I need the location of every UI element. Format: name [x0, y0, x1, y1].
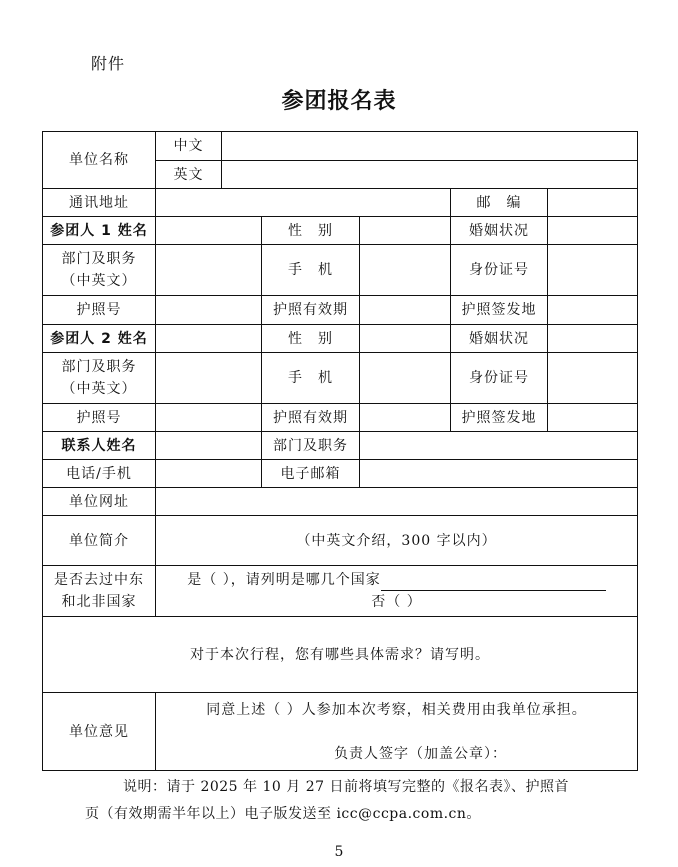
- org-name-label: 单位名称: [43, 132, 156, 189]
- intro-field[interactable]: （中英文介绍，300 字以内）: [156, 516, 638, 566]
- instructions-note: 说明：请于 2025 年 10 月 27 日前将填写完整的《报名表》、护照首 页…: [85, 774, 605, 828]
- participant2-passport-issue-label: 护照签发地: [451, 404, 548, 432]
- org-name-cn-field[interactable]: [222, 132, 638, 161]
- attachment-label: 附件: [91, 51, 125, 74]
- org-name-en-label: 英文: [156, 161, 222, 189]
- participant2-dept-label: 部门及职务（中英文）: [43, 353, 156, 404]
- opinion-field[interactable]: 同意上述（ ）人参加本次考察，相关费用由我单位承担。 负责人签字（加盖公章）：: [156, 693, 638, 771]
- mideast-yes-option[interactable]: 是（ ），请列明是哪几个国家: [187, 572, 380, 588]
- website-label: 单位网址: [43, 488, 156, 516]
- contact-dept-label: 部门及职务: [262, 432, 360, 460]
- postcode-field[interactable]: [548, 189, 638, 217]
- participant1-gender-field[interactable]: [360, 217, 451, 245]
- participant1-mobile-field[interactable]: [360, 245, 451, 296]
- signature-label: 负责人签字（加盖公章）：: [156, 743, 637, 765]
- website-field[interactable]: [156, 488, 638, 516]
- needs-field[interactable]: 对于本次行程，您有哪些具体需求？请写明。: [43, 617, 638, 693]
- participant1-mobile-label: 手 机: [262, 245, 360, 296]
- participant1-dept-field[interactable]: [156, 245, 262, 296]
- page-title: 参团报名表: [0, 84, 678, 115]
- participant2-name-label: 参团人 2 姓名: [43, 325, 156, 353]
- participant1-passport-label: 护照号: [43, 296, 156, 325]
- org-name-cn-label: 中文: [156, 132, 222, 161]
- participant2-passport-issue-field[interactable]: [548, 404, 638, 432]
- participant2-name-field[interactable]: [156, 325, 262, 353]
- participant2-id-label: 身份证号: [451, 353, 548, 404]
- participant1-gender-label: 性 别: [262, 217, 360, 245]
- org-name-en-field[interactable]: [222, 161, 638, 189]
- participant1-name-label: 参团人 1 姓名: [43, 217, 156, 245]
- participant2-passport-valid-label: 护照有效期: [262, 404, 360, 432]
- participant2-gender-label: 性 别: [262, 325, 360, 353]
- participant1-dept-label: 部门及职务（中英文）: [43, 245, 156, 296]
- needs-prompt: 对于本次行程，您有哪些具体需求？请写明。: [190, 647, 490, 663]
- contact-phone-label: 电话/手机: [43, 460, 156, 488]
- page-number: 5: [0, 844, 678, 860]
- opinion-label: 单位意见: [43, 693, 156, 771]
- participant1-passport-issue-field[interactable]: [548, 296, 638, 325]
- participant1-name-field[interactable]: [156, 217, 262, 245]
- contact-email-field[interactable]: [360, 460, 638, 488]
- contact-phone-field[interactable]: [156, 460, 262, 488]
- mideast-no-option[interactable]: 否（ ）: [156, 591, 637, 613]
- participant2-mobile-label: 手 机: [262, 353, 360, 404]
- participant2-mobile-field[interactable]: [360, 353, 451, 404]
- participant1-id-field[interactable]: [548, 245, 638, 296]
- participant1-marital-label: 婚姻状况: [451, 217, 548, 245]
- registration-form-table: 单位名称 中文 英文 通讯地址 邮 编 参团人 1 姓名 性 别 婚姻状况 部门…: [42, 131, 638, 771]
- participant2-passport-valid-field[interactable]: [360, 404, 451, 432]
- participant2-marital-label: 婚姻状况: [451, 325, 548, 353]
- contact-dept-field[interactable]: [360, 432, 638, 460]
- address-field[interactable]: [156, 189, 451, 217]
- mideast-label: 是否去过中东和北非国家: [43, 566, 156, 617]
- participant2-gender-field[interactable]: [360, 325, 451, 353]
- mideast-field[interactable]: 是（ ），请列明是哪几个国家 否（ ）: [156, 566, 638, 617]
- participant1-passport-field[interactable]: [156, 296, 262, 325]
- participant2-passport-field[interactable]: [156, 404, 262, 432]
- participant2-passport-label: 护照号: [43, 404, 156, 432]
- opinion-agree-text: 同意上述（ ）人参加本次考察，相关费用由我单位承担。: [156, 699, 637, 721]
- postcode-label: 邮 编: [451, 189, 548, 217]
- intro-label: 单位简介: [43, 516, 156, 566]
- contact-email-label: 电子邮箱: [262, 460, 360, 488]
- participant1-marital-field[interactable]: [548, 217, 638, 245]
- countries-blank-line[interactable]: [381, 574, 606, 591]
- participant2-dept-field[interactable]: [156, 353, 262, 404]
- address-label: 通讯地址: [43, 189, 156, 217]
- contact-name-field[interactable]: [156, 432, 262, 460]
- participant1-passport-valid-field[interactable]: [360, 296, 451, 325]
- intro-hint: （中英文介绍，300 字以内）: [296, 533, 496, 549]
- participant1-id-label: 身份证号: [451, 245, 548, 296]
- participant1-passport-valid-label: 护照有效期: [262, 296, 360, 325]
- participant2-id-field[interactable]: [548, 353, 638, 404]
- participant2-marital-field[interactable]: [548, 325, 638, 353]
- contact-name-label: 联系人姓名: [43, 432, 156, 460]
- participant1-passport-issue-label: 护照签发地: [451, 296, 548, 325]
